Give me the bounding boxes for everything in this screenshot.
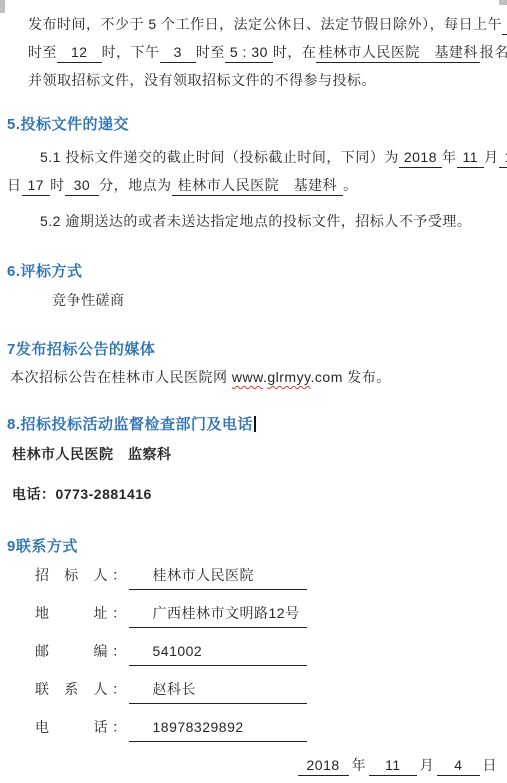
- text-run: 桂林市人民医院 监察科: [12, 446, 172, 462]
- text-run: 日: [7, 177, 22, 193]
- blank-morning-end-hour: 12: [57, 44, 102, 63]
- text-cursor: [254, 416, 256, 432]
- text-run: .com 发布。: [311, 369, 391, 385]
- paragraph-5-1: 5.1 投标文件递交的截止时间（投标截止时间，下同）为2018年11月16 日1…: [7, 143, 500, 199]
- section-7-heading: 7发布招标公告的媒体: [7, 340, 500, 360]
- text-run: 电话：0773-2881416: [12, 486, 152, 502]
- contact-label: 联系人: [35, 677, 108, 701]
- paragraph-announcement-media: 本次招标公告在桂林市人民医院网 www.glrmyy.com 发布。: [10, 365, 500, 389]
- text-run: 月: [484, 149, 499, 165]
- contact-value-underlined: 赵科长: [129, 677, 307, 704]
- contact-colon: ：: [112, 567, 127, 583]
- page-margin-mark-top-right: [499, 0, 507, 5]
- blank-registration-place: 桂林市人民医院 基建科: [316, 44, 480, 63]
- text-run: 年: [442, 149, 457, 165]
- blank-morning-start-hour: 8: [502, 16, 507, 35]
- paragraph-line: 5.1 投标文件递交的截止时间（投标截止时间，下同）为2018年11月16: [40, 143, 500, 171]
- announcement-date-line: 2018年11月4日: [7, 753, 500, 777]
- supervision-department-line: 桂林市人民医院 监察科: [12, 443, 500, 465]
- text-run: 时，在: [273, 44, 317, 60]
- spellcheck-underlined-text: glrmyy: [267, 369, 310, 385]
- paragraph-evaluation-method: 竞争性磋商: [52, 288, 500, 312]
- document-page[interactable]: 发布时间，不少于 5 个工作日，法定公休日、法定节假日除外），每日上午8 时至1…: [0, 0, 507, 783]
- blank-deadline-month: 11: [457, 149, 485, 168]
- text-run: 年: [352, 757, 367, 773]
- section-5-heading: 5.投标文件的递交: [7, 115, 500, 135]
- contact-value-underlined: 541002: [129, 639, 307, 666]
- contact-row-tenderer: 招标人：桂林市人民医院: [35, 563, 500, 587]
- text-run: 时至: [28, 44, 57, 60]
- section-9-heading: 9联系方式: [7, 537, 500, 557]
- contact-label: 招标人: [35, 563, 108, 587]
- paragraph-line: 时至12时，下午3时至5 : 30时，在桂林市人民医院 基建科报名: [28, 38, 500, 66]
- blank-afternoon-start-hour: 3: [160, 44, 196, 63]
- blank-date-year: 2018: [298, 757, 349, 776]
- text-run: 时，下午: [102, 44, 160, 60]
- heading-text: 6.评标方式: [7, 263, 83, 280]
- contact-colon: ：: [112, 719, 127, 735]
- text-run: 时至: [196, 44, 225, 60]
- contact-label: 电话: [35, 715, 108, 739]
- contact-value-underlined: 18978329892: [129, 715, 307, 742]
- blank-afternoon-end-time: 5 : 30: [225, 44, 273, 63]
- text-run: 并领取招标文件，没有领取招标文件的不得参与投标。: [28, 72, 376, 88]
- paragraph-line: 并领取招标文件，没有领取招标文件的不得参与投标。: [28, 66, 500, 94]
- heading-text: 9联系方式: [7, 538, 78, 555]
- contact-row-postcode: 邮编：541002: [35, 639, 500, 663]
- contact-colon: ：: [112, 643, 127, 659]
- blank-submission-place: 桂林市人民医院 基建科: [172, 177, 344, 196]
- contact-label: 地址: [35, 601, 108, 625]
- paragraph-5-2: 5.2 逾期送达的或者未送达指定地点的投标文件，招标人不予受理。: [40, 207, 500, 235]
- text-run: 竞争性磋商: [52, 292, 125, 308]
- spellcheck-underlined-text: www: [232, 369, 263, 385]
- blank-date-day: 4: [437, 757, 479, 776]
- supervision-phone-line: 电话：0773-2881416: [12, 483, 500, 505]
- contact-value-underlined: 广西桂林市文明路12号: [129, 601, 307, 628]
- text-run: 。: [343, 177, 358, 193]
- contact-row-contact-person: 联系人：赵科长: [35, 677, 500, 701]
- heading-text: 7发布招标公告的媒体: [7, 341, 155, 358]
- contact-label: 邮编: [35, 639, 108, 663]
- contact-colon: ：: [112, 681, 127, 697]
- section-8-heading: 8.招标投标活动监督检查部门及电话: [7, 415, 500, 435]
- heading-text: 8.招标投标活动监督检查部门及电话: [7, 416, 253, 433]
- contact-row-address: 地址：广西桂林市文明路12号: [35, 601, 500, 625]
- paragraph-line: 日17时30分，地点为桂林市人民医院 基建科。: [7, 171, 500, 199]
- text-run: 5.2 逾期送达的或者未送达指定地点的投标文件，招标人不予受理。: [40, 213, 471, 229]
- contact-value-underlined: 桂林市人民医院: [129, 563, 307, 590]
- text-run: 5.1 投标文件递交的截止时间（投标截止时间，下同）为: [40, 149, 399, 165]
- text-run: 发布时间，不少于 5 个工作日，法定公休日、法定节假日除外），每日上午: [28, 16, 502, 32]
- blank-deadline-hour: 17: [22, 177, 51, 196]
- text-run: 月: [420, 757, 435, 773]
- section-6-heading: 6.评标方式: [7, 262, 500, 282]
- contact-colon: ：: [112, 605, 127, 621]
- blank-deadline-minute: 30: [65, 177, 100, 196]
- heading-text: 5.投标文件的递交: [7, 116, 129, 133]
- text-run: 本次招标公告在桂林市人民医院网: [10, 369, 232, 385]
- blank-date-month: 11: [369, 757, 417, 776]
- page-margin-mark-top-left: [0, 0, 5, 13]
- text-run: 时: [50, 177, 65, 193]
- text-run: 报名: [480, 44, 507, 60]
- text-run: 日: [483, 757, 498, 773]
- blank-deadline-day: 16: [499, 149, 507, 168]
- blank-deadline-year: 2018: [399, 149, 442, 168]
- paragraph-line: 发布时间，不少于 5 个工作日，法定公休日、法定节假日除外），每日上午8: [28, 10, 500, 38]
- contact-row-phone: 电话：18978329892: [35, 715, 500, 739]
- paragraph-registration-notice: 发布时间，不少于 5 个工作日，法定公休日、法定节假日除外），每日上午8 时至1…: [28, 10, 500, 94]
- text-run: 分，地点为: [99, 177, 172, 193]
